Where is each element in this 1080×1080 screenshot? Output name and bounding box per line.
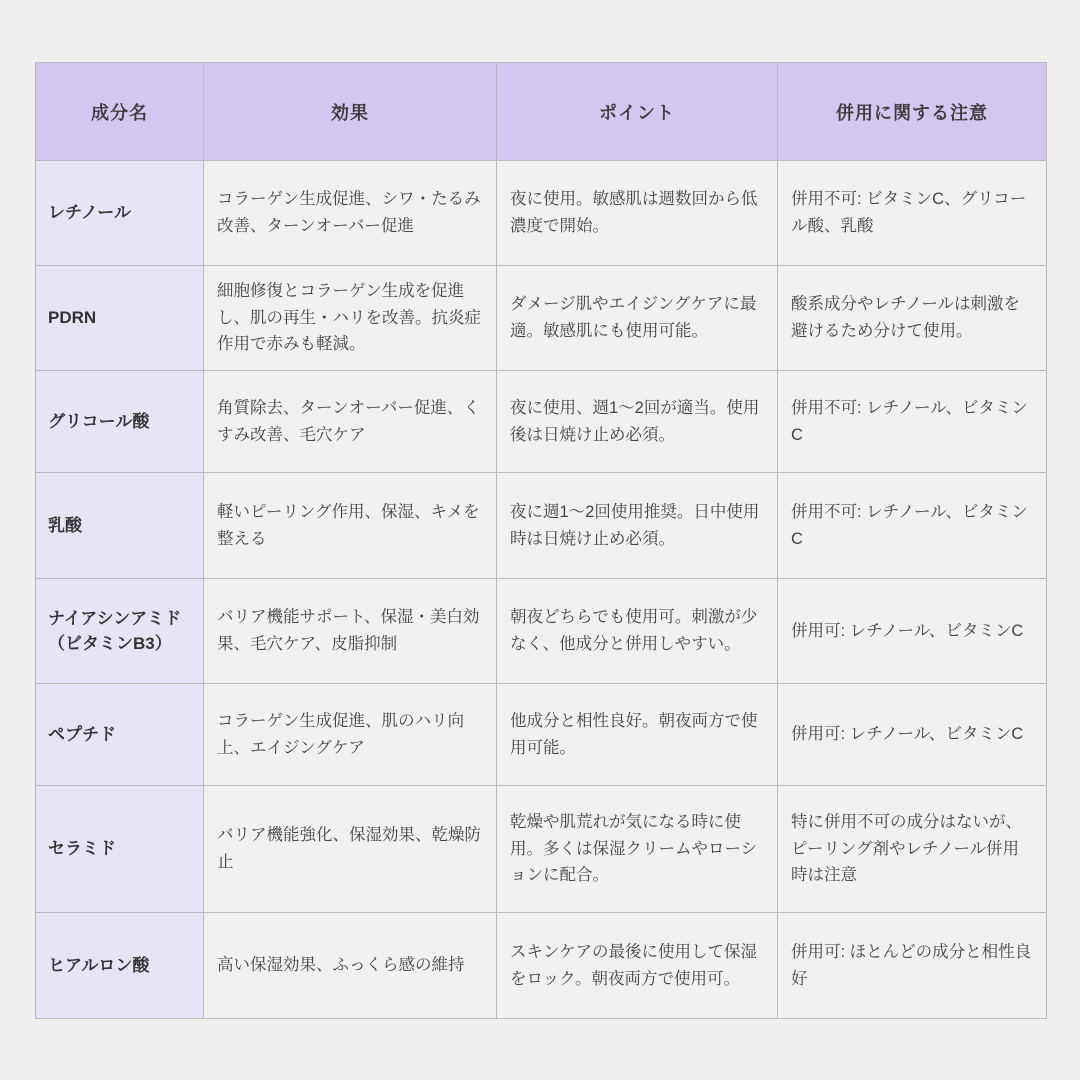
- ingredient-name: グリコール酸: [36, 371, 204, 473]
- point-cell: 乾燥や肌荒れが気になる時に使用。多くは保湿クリームやローションに配合。: [497, 786, 778, 913]
- ingredient-name: 乳酸: [36, 473, 204, 579]
- point-cell: 夜に使用、週1〜2回が適当。使用後は日焼け止め必須。: [497, 371, 778, 473]
- table-row-ceramide: セラミド バリア機能強化、保湿効果、乾燥防止 乾燥や肌荒れが気になる時に使用。多…: [36, 786, 1047, 913]
- point-cell: ダメージ肌やエイジングケアに最適。敏感肌にも使用可能。: [497, 266, 778, 371]
- caution-cell: 酸系成分やレチノールは刺激を避けるため分けて使用。: [778, 266, 1047, 371]
- ingredient-name: ヒアルロン酸: [36, 913, 204, 1019]
- caution-cell: 併用可: レチノール、ビタミンC: [778, 684, 1047, 786]
- effect-cell: バリア機能強化、保湿効果、乾燥防止: [204, 786, 497, 913]
- column-header-caution: 併用に関する注意: [778, 63, 1047, 161]
- ingredient-name: PDRN: [36, 266, 204, 371]
- point-cell: 夜に週1〜2回使用推奨。日中使用時は日焼け止め必須。: [497, 473, 778, 579]
- ingredient-name: ペプチド: [36, 684, 204, 786]
- table-row-retinol: レチノール コラーゲン生成促進、シワ・たるみ改善、ターンオーバー促進 夜に使用。…: [36, 161, 1047, 266]
- point-cell: 夜に使用。敏感肌は週数回から低濃度で開始。: [497, 161, 778, 266]
- table-row-lactic-acid: 乳酸 軽いピーリング作用、保湿、キメを整える 夜に週1〜2回使用推奨。日中使用時…: [36, 473, 1047, 579]
- point-cell: 朝夜どちらでも使用可。刺激が少なく、他成分と併用しやすい。: [497, 579, 778, 684]
- column-header-point: ポイント: [497, 63, 778, 161]
- ingredient-name: ナイアシンアミド（ビタミンB3）: [36, 579, 204, 684]
- effect-cell: バリア機能サポート、保湿・美白効果、毛穴ケア、皮脂抑制: [204, 579, 497, 684]
- caution-cell: 併用不可: レチノール、ビタミンC: [778, 371, 1047, 473]
- caution-cell: 特に併用不可の成分はないが、ピーリング剤やレチノール併用時は注意: [778, 786, 1047, 913]
- table-row-glycolic-acid: グリコール酸 角質除去、ターンオーバー促進、くすみ改善、毛穴ケア 夜に使用、週1…: [36, 371, 1047, 473]
- caution-cell: 併用可: ほとんどの成分と相性良好: [778, 913, 1047, 1019]
- column-header-effect: 効果: [204, 63, 497, 161]
- effect-cell: 細胞修復とコラーゲン生成を促進し、肌の再生・ハリを改善。抗炎症作用で赤みも軽減。: [204, 266, 497, 371]
- column-header-ingredient-name: 成分名: [36, 63, 204, 161]
- point-cell: 他成分と相性良好。朝夜両方で使用可能。: [497, 684, 778, 786]
- table-header-row: 成分名 効果 ポイント 併用に関する注意: [36, 63, 1047, 161]
- ingredient-name: セラミド: [36, 786, 204, 913]
- table-row-niacinamide: ナイアシンアミド（ビタミンB3） バリア機能サポート、保湿・美白効果、毛穴ケア、…: [36, 579, 1047, 684]
- effect-cell: 軽いピーリング作用、保湿、キメを整える: [204, 473, 497, 579]
- effect-cell: 高い保湿効果、ふっくら感の維持: [204, 913, 497, 1019]
- ingredient-table-container: 成分名 効果 ポイント 併用に関する注意 レチノール コラーゲン生成促進、シワ・…: [35, 62, 1047, 1019]
- table-row-pdrn: PDRN 細胞修復とコラーゲン生成を促進し、肌の再生・ハリを改善。抗炎症作用で赤…: [36, 266, 1047, 371]
- caution-cell: 併用不可: ビタミンC、グリコール酸、乳酸: [778, 161, 1047, 266]
- effect-cell: コラーゲン生成促進、肌のハリ向上、エイジングケア: [204, 684, 497, 786]
- table-row-hyaluronic-acid: ヒアルロン酸 高い保湿効果、ふっくら感の維持 スキンケアの最後に使用して保湿をロ…: [36, 913, 1047, 1019]
- ingredient-name: レチノール: [36, 161, 204, 266]
- table-row-peptide: ペプチド コラーゲン生成促進、肌のハリ向上、エイジングケア 他成分と相性良好。朝…: [36, 684, 1047, 786]
- effect-cell: コラーゲン生成促進、シワ・たるみ改善、ターンオーバー促進: [204, 161, 497, 266]
- effect-cell: 角質除去、ターンオーバー促進、くすみ改善、毛穴ケア: [204, 371, 497, 473]
- caution-cell: 併用不可: レチノール、ビタミンC: [778, 473, 1047, 579]
- ingredient-table: 成分名 効果 ポイント 併用に関する注意 レチノール コラーゲン生成促進、シワ・…: [35, 62, 1047, 1019]
- point-cell: スキンケアの最後に使用して保湿をロック。朝夜両方で使用可。: [497, 913, 778, 1019]
- caution-cell: 併用可: レチノール、ビタミンC: [778, 579, 1047, 684]
